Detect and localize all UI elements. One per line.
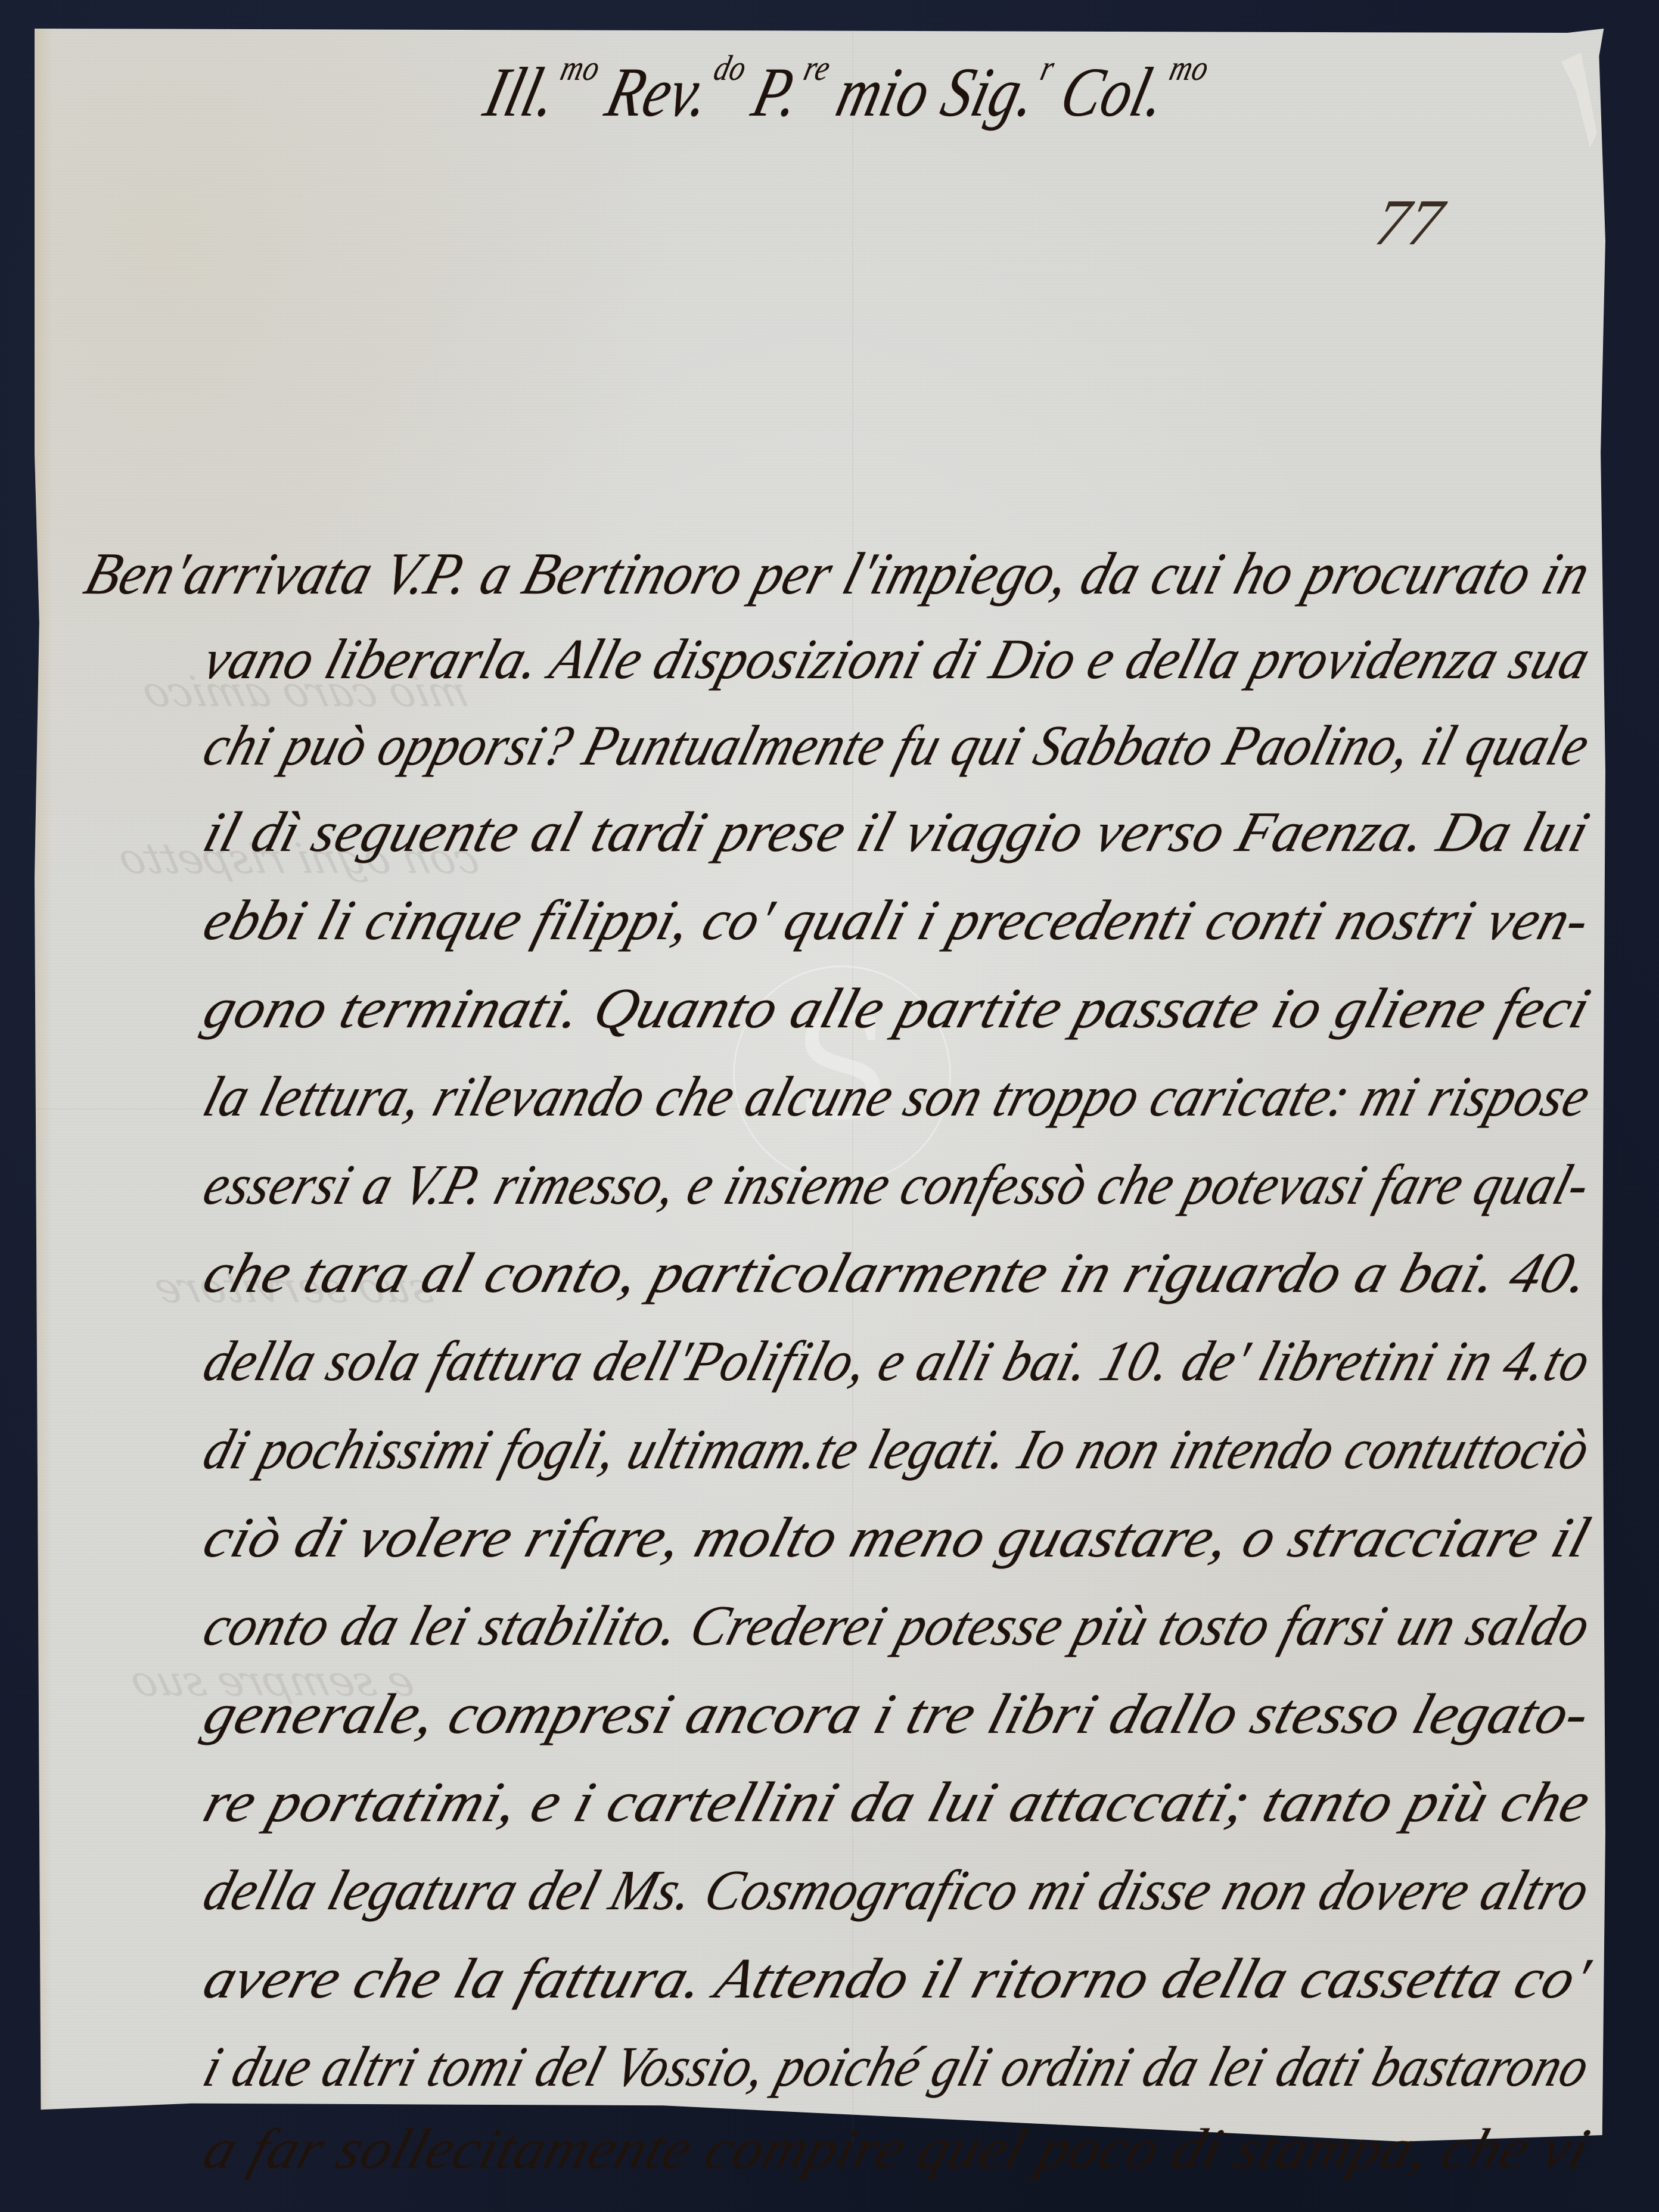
body-line: chi può opporsi? Puntualmente fu qui Sab… <box>197 712 1598 778</box>
body-line: i due altri tomi del Vossio, poiché gli … <box>197 2033 1598 2099</box>
body-line: il dì seguente al tardi prese il viaggio… <box>197 799 1597 865</box>
folio-number: 77 <box>1370 185 1449 260</box>
body-line: re portatimi, e i cartellini da lui atta… <box>197 1769 1598 1835</box>
body-line: la lettura, rilevando che alcune son tro… <box>197 1063 1598 1129</box>
body-line: generale, compresi ancora i tre libri da… <box>197 1680 1598 1747</box>
body-line: gono terminati. Quanto alle partite pass… <box>197 975 1598 1041</box>
body-line: essersi a V.P. rimesso, e insieme confes… <box>197 1151 1598 1217</box>
body-line: della sola fattura dell'Polifilo, e alli… <box>197 1328 1598 1394</box>
body-line: avere che la fattura. Attendo il ritorno… <box>197 1945 1598 2011</box>
body-line: della legatura del Ms. Cosmografico mi d… <box>197 1857 1598 1923</box>
body-line: ebbi li cinque filippi, co' quali i prec… <box>197 887 1598 953</box>
body-line: ciò di volere rifare, molto meno guastar… <box>197 1504 1598 1570</box>
body-line: che tara al conto, particolarmente in ri… <box>197 1239 1598 1306</box>
salutation-text: Col. <box>1038 53 1175 131</box>
salutation-text: Rev. <box>583 53 719 131</box>
salutation-text: mio Sig. <box>814 53 1045 131</box>
body-line: di pochissimi fogli, ultimam.te legati. … <box>197 1416 1598 1482</box>
letter-salutation: Ill.mo Rev.do P.re mio Sig.r Col.mo <box>477 48 1213 133</box>
body-line: conto da lei stabilito. Crederei potesse… <box>197 1592 1598 1658</box>
body-line: vano liberarla. Alle disposizioni di Dio… <box>197 626 1598 692</box>
body-line: Ben'arrivata V.P. a Bertinoro per l'impi… <box>77 539 1598 608</box>
body-line: a far sollecitamente compire quel poco d… <box>197 2115 1598 2182</box>
